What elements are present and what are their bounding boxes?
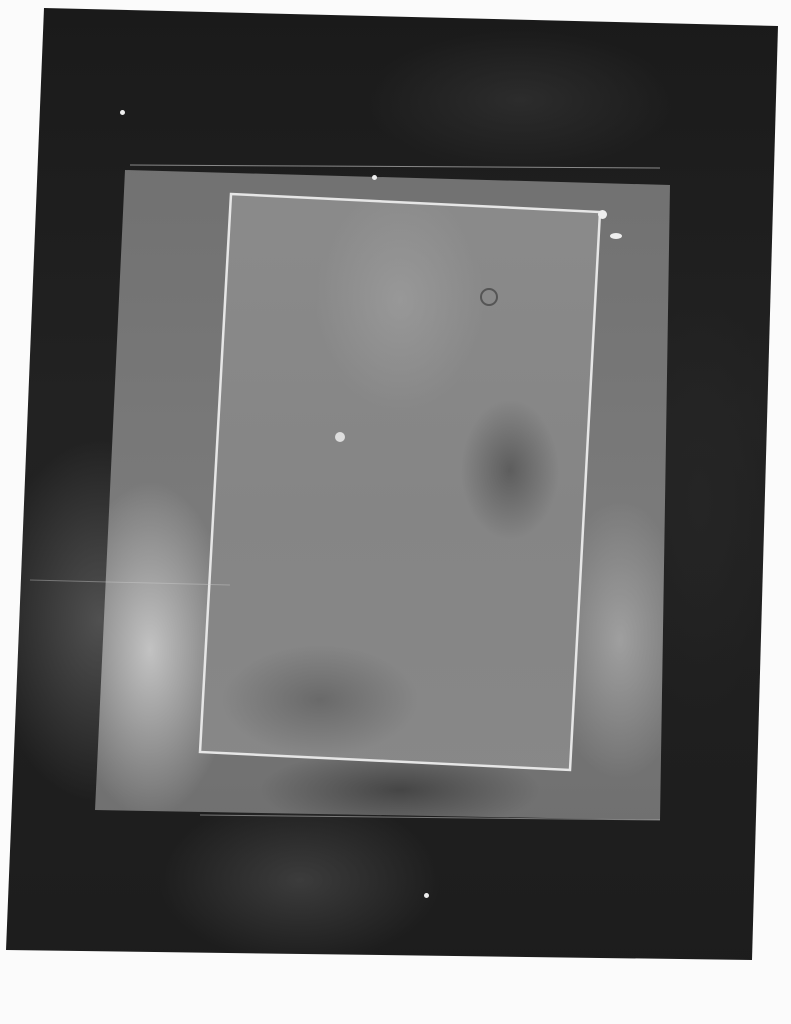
inner-rectangle-outline xyxy=(0,0,791,1024)
speck xyxy=(610,233,622,239)
speck xyxy=(120,110,125,115)
monoprint-artwork xyxy=(0,0,791,1024)
speck xyxy=(598,210,607,219)
speck xyxy=(424,893,429,898)
speck xyxy=(372,175,377,180)
